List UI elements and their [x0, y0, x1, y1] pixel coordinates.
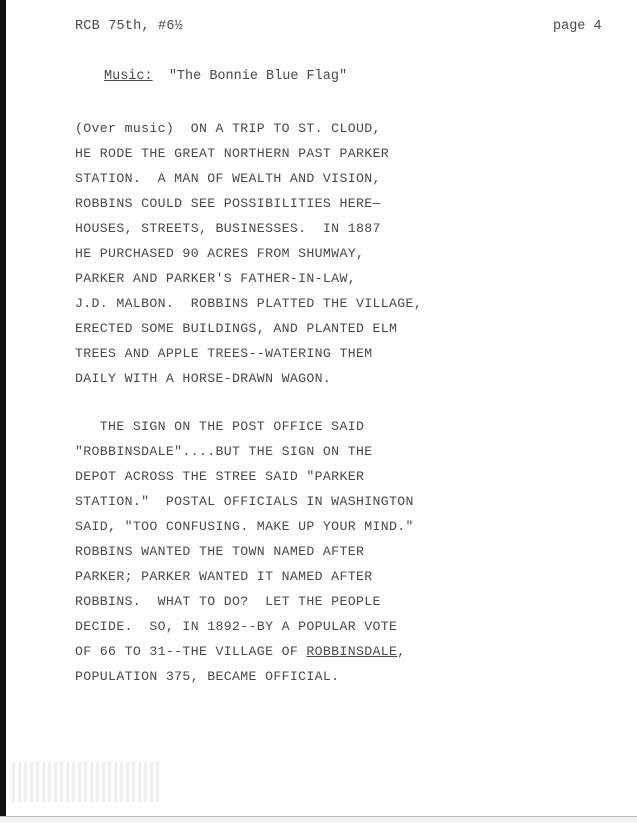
text-line: HE PURCHASED 90 ACRES FROM SHUMWAY,	[75, 241, 422, 266]
text-line: ROBBINS. WHAT TO DO? LET THE PEOPLE	[75, 589, 414, 614]
music-cue-title: "The Bonnie Blue Flag"	[169, 69, 347, 84]
text-line: THE SIGN ON THE POST OFFICE SAID	[75, 414, 414, 439]
scan-left-edge	[0, 0, 6, 823]
scan-bottom-edge	[0, 816, 637, 823]
music-cue: Music: "The Bonnie Blue Flag"	[104, 69, 347, 84]
text-line: PARKER; PARKER WANTED IT NAMED AFTER	[75, 564, 414, 589]
document-reference: RCB 75th, #6½	[75, 19, 183, 34]
text-line: J.D. MALBON. ROBBINS PLATTED THE VILLAGE…	[75, 291, 422, 316]
text-line: (Over music) ON A TRIP TO ST. CLOUD,	[75, 116, 422, 141]
text-line: "ROBBINSDALE"....BUT THE SIGN ON THE	[75, 439, 414, 464]
scan-smudge	[12, 762, 162, 802]
text-segment: OF 66 TO 31--THE VILLAGE OF	[75, 644, 306, 659]
text-line: DECIDE. SO, IN 1892--BY A POPULAR VOTE	[75, 614, 414, 639]
text-line: ERECTED SOME BUILDINGS, AND PLANTED ELM	[75, 316, 422, 341]
text-line: TREES AND APPLE TREES--WATERING THEM	[75, 341, 422, 366]
text-line: PARKER AND PARKER'S FATHER-IN-LAW,	[75, 266, 422, 291]
text-line: STATION. A MAN OF WEALTH AND VISION,	[75, 166, 422, 191]
paragraph-2: THE SIGN ON THE POST OFFICE SAID "ROBBIN…	[75, 414, 414, 689]
text-line: ROBBINS COULD SEE POSSIBILITIES HERE—	[75, 191, 422, 216]
text-segment: ,	[397, 644, 405, 659]
underlined-town-name: ROBBINSDALE	[306, 644, 397, 659]
text-line: ROBBINS WANTED THE TOWN NAMED AFTER	[75, 539, 414, 564]
text-line: DEPOT ACROSS THE STREE SAID "PARKER	[75, 464, 414, 489]
text-line: DAILY WITH A HORSE-DRAWN WAGON.	[75, 366, 422, 391]
music-cue-label: Music:	[104, 69, 153, 84]
text-line-underlined: OF 66 TO 31--THE VILLAGE OF ROBBINSDALE,	[75, 639, 414, 664]
paragraph-1: (Over music) ON A TRIP TO ST. CLOUD, HE …	[75, 116, 422, 391]
text-line: POPULATION 375, BECAME OFFICIAL.	[75, 664, 414, 689]
text-line: HE RODE THE GREAT NORTHERN PAST PARKER	[75, 141, 422, 166]
text-line: HOUSES, STREETS, BUSINESSES. IN 1887	[75, 216, 422, 241]
text-line: STATION." POSTAL OFFICIALS IN WASHINGTON	[75, 489, 414, 514]
page-number: page 4	[553, 19, 602, 34]
text-line: SAID, "TOO CONFUSING. MAKE UP YOUR MIND.…	[75, 514, 414, 539]
